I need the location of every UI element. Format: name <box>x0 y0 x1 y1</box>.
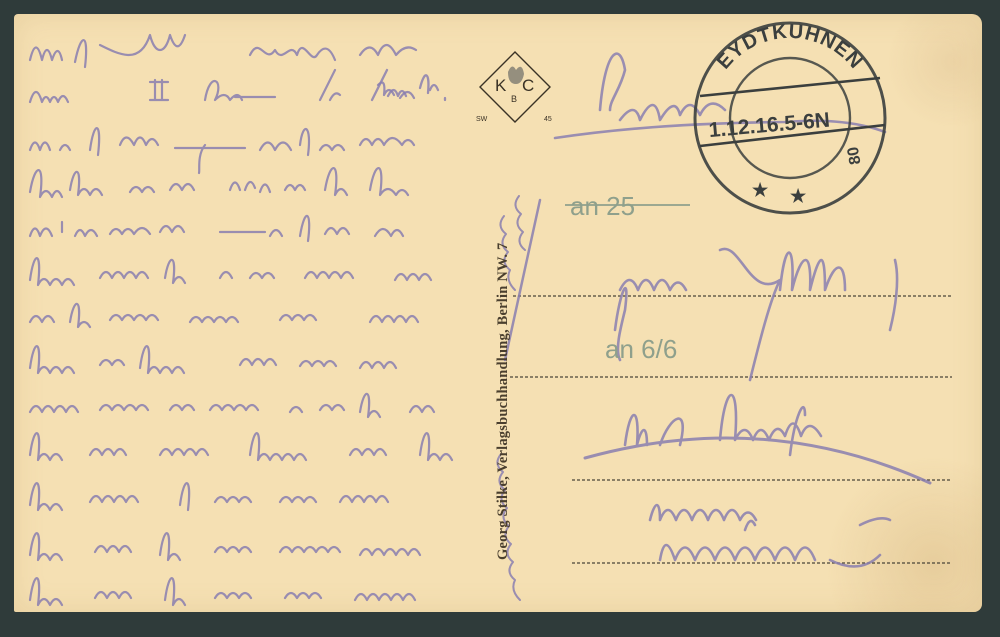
star-icon: ★ <box>790 186 807 206</box>
logo-corner-45: 45 <box>544 116 552 123</box>
logo-letter-c: C <box>522 76 534 96</box>
svg-text:an 25: an 25 <box>570 191 635 221</box>
publisher-imprint: Georg Stilke, Verlagsbuchhandlung, Berli… <box>495 243 512 560</box>
logo-letter-k: K <box>495 76 506 96</box>
address-lines <box>510 296 952 563</box>
svg-text:an 6/6: an 6/6 <box>605 334 677 364</box>
logo-letter-b: B <box>511 94 517 104</box>
star-icon: ★ <box>752 180 769 200</box>
publisher-logo: K C B SW 45 <box>480 52 550 122</box>
handwritten-message <box>30 35 452 605</box>
pencil-notes: an 25 an 6/6 <box>565 191 690 364</box>
logo-corner-sw: SW <box>476 116 487 123</box>
svg-text:80: 80 <box>845 145 865 166</box>
postmark-stamp: EYDTKUHNEN 1.12.16.5-6N 80 ★ ★ <box>695 21 885 213</box>
svg-text:EYDTKUHNEN: EYDTKUHNEN <box>713 21 867 74</box>
